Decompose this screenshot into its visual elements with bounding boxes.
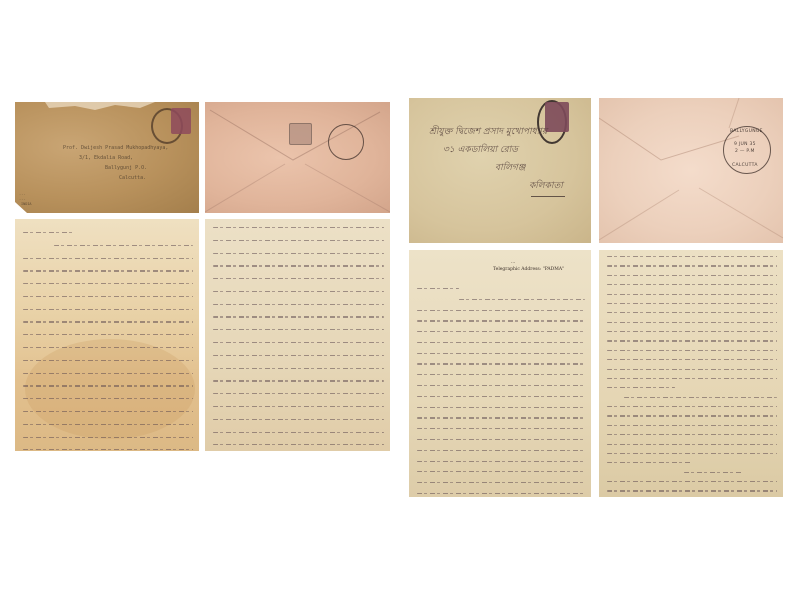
right-letter-page-1: ... Telegraphic Address: "PADMA" bbox=[409, 250, 591, 497]
postmark bbox=[328, 124, 364, 160]
seal-stamp bbox=[289, 123, 312, 145]
right-envelope-front: শ্রীযুক্ত দ্বিজেশ প্রসাদ মুখোপাধ্যায় ৩১… bbox=[409, 98, 591, 243]
handwritten-address-line: ৩১ একডালিয়া রোড bbox=[443, 142, 518, 157]
handwriting-lines bbox=[607, 256, 777, 497]
typed-address-line: 3/1, Ekdalia Road, bbox=[79, 155, 133, 161]
handwriting-lines bbox=[23, 232, 193, 451]
typed-address-line: Calcutta. bbox=[119, 175, 146, 181]
right-envelope-back: BALLYGUNGE 9 JUN 35 2 — P.M CALCUTTA bbox=[599, 98, 783, 243]
postmark-bottom: CALCUTTA bbox=[732, 163, 758, 168]
handwritten-address-line: বালিগঞ্জ bbox=[495, 160, 526, 175]
postmark-top: BALLYGUNGE bbox=[730, 129, 763, 134]
left-envelope-front: Prof. Dwijesh Prasad Mukhopadhyaya, 3/1,… bbox=[15, 102, 199, 213]
sender-line: ... bbox=[19, 197, 25, 201]
letterhead-telegraphic: Telegraphic Address: "PADMA" bbox=[493, 267, 564, 272]
left-letter-page-1 bbox=[15, 219, 199, 451]
address-underline bbox=[531, 196, 565, 197]
letterhead-line: ... bbox=[511, 260, 515, 265]
handwritten-address-line: কলিকাতা bbox=[529, 178, 563, 193]
left-letter-page-2 bbox=[205, 219, 390, 451]
typed-address-line: Ballygunj P.O. bbox=[105, 165, 147, 171]
typed-address-line: Prof. Dwijesh Prasad Mukhopadhyaya, bbox=[63, 145, 168, 151]
sender-line: INDIA bbox=[21, 202, 32, 206]
postmark-date: 9 JUN 35 bbox=[734, 142, 756, 147]
postmark: BALLYGUNGE 9 JUN 35 2 — P.M CALCUTTA bbox=[723, 126, 771, 174]
right-letter-page-2 bbox=[599, 250, 783, 497]
left-envelope-back bbox=[205, 102, 390, 213]
handwriting-lines bbox=[417, 288, 585, 497]
envelope-flap bbox=[205, 102, 390, 213]
handwriting-lines bbox=[213, 227, 384, 451]
postmark-time: 2 — P.M bbox=[735, 149, 755, 154]
postage-stamp bbox=[171, 108, 191, 134]
sender-line: ... bbox=[19, 192, 25, 196]
handwritten-address-line: শ্রীযুক্ত দ্বিজেশ প্রসাদ মুখোপাধ্যায় bbox=[429, 124, 547, 139]
postage-stamp bbox=[545, 102, 569, 132]
